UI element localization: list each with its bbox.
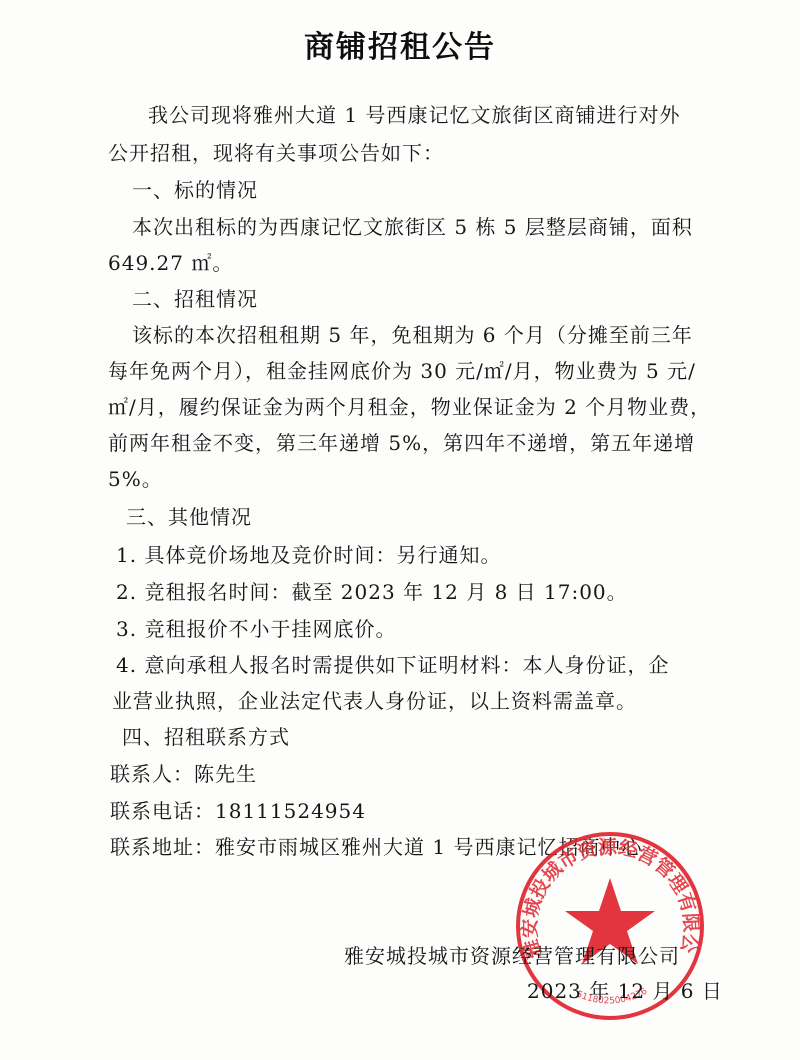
section-2-line-4: 前两年租金不变，第三年递增 5%，第四年不递增，第五年递增 [108, 430, 695, 456]
section-3-item-4: 4. 意向承租人报名时需提供如下证明材料：本人身份证，企 [116, 652, 669, 678]
document-title: 商铺招租公告 [0, 22, 800, 66]
intro-line-1: 我公司现将雅州大道 1 号西康记忆文旅街区商铺进行对外 [148, 102, 680, 128]
intro-line-2: 公开招租，现将有关事项公告如下： [108, 140, 444, 166]
section-3-heading: 三、其他情况 [126, 504, 252, 530]
signature-company: 雅安城投城市资源经营管理有限公司 [344, 940, 680, 969]
section-3-item-3: 3. 竞租报价不小于挂网底价。 [116, 616, 396, 642]
section-2-line-3: ㎡/月，履约保证金为两个月租金，物业保证金为 2 个月物业费， [108, 394, 711, 420]
contact-person: 联系人：陈先生 [110, 761, 257, 787]
section-2-heading: 二、招租情况 [132, 286, 258, 312]
section-2-line-5: 5%。 [108, 466, 163, 492]
section-1-heading: 一、标的情况 [132, 177, 258, 203]
section-4-heading: 四、招租联系方式 [122, 724, 290, 750]
section-3-item-2: 2. 竞租报名时间：截至 2023 年 12 月 8 日 17:00。 [116, 579, 628, 605]
section-2-line-2: 每年免两个月），租金挂网底价为 30 元/㎡/月，物业费为 5 元/ [108, 358, 696, 384]
section-2-line-1: 该标的本次招租租期 5 年，免租期为 6 个月（分摊至前三年 [132, 322, 693, 348]
contact-phone: 联系电话：18111524954 [110, 798, 366, 824]
section-3-item-4-cont: 业营业执照，企业法定代表人身份证，以上资料需盖章。 [112, 688, 637, 714]
section-3-item-1: 1. 具体竞价场地及竞价时间：另行通知。 [116, 542, 501, 568]
section-1-line-2: 649.27 ㎡。 [108, 250, 233, 276]
section-1-line-1: 本次出租标的为西康记忆文旅街区 5 栋 5 层整层商铺，面积 [132, 214, 693, 240]
signature-date: 2023 年 12 月 6 日 [527, 975, 723, 1004]
